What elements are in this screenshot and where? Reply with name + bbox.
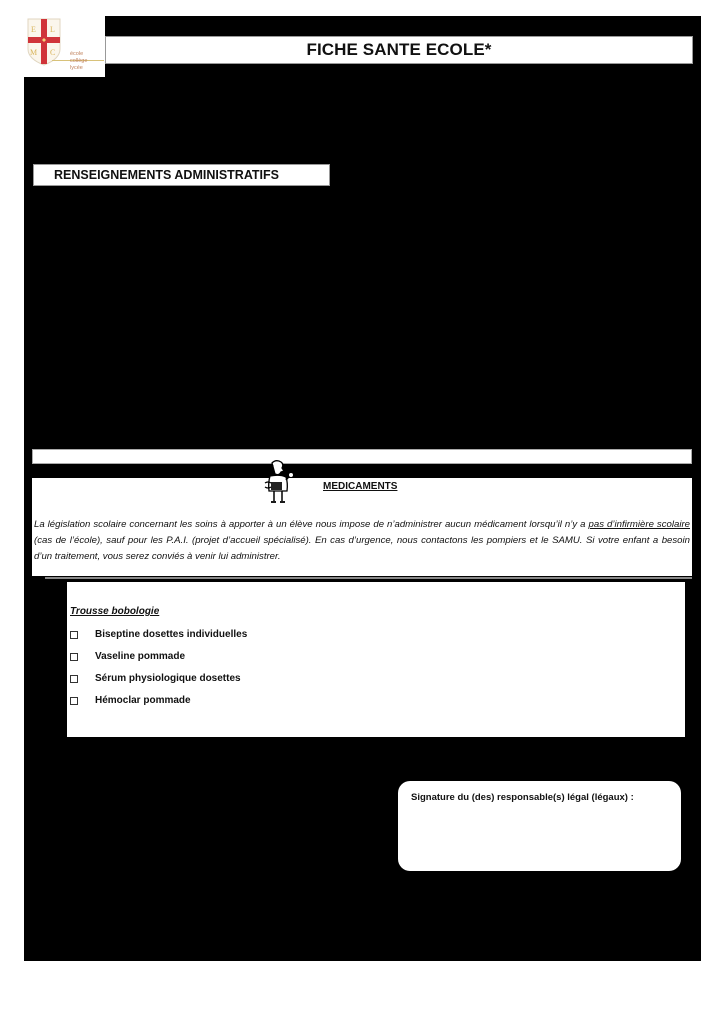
trousse-title: Trousse bobologie	[70, 606, 159, 617]
trousse-item-label: Vaseline pommade	[95, 651, 185, 662]
medicaments-text-underlined: pas d’infirmière scolaire	[589, 519, 690, 530]
svg-text:L: L	[50, 25, 55, 34]
medicaments-paragraph: La législation scolaire concernant les s…	[34, 517, 690, 565]
page-title: FICHE SANTE ECOLE*	[306, 40, 491, 60]
trousse-item-label: Sérum physiologique dosettes	[95, 673, 241, 684]
logo-line-ecole: école	[70, 51, 87, 58]
checkbox-serum[interactable]	[70, 675, 78, 683]
medicaments-title: MEDICAMENTS	[323, 481, 397, 492]
checkbox-hemoclar[interactable]	[70, 697, 78, 705]
nurse-with-syringe-icon	[262, 459, 298, 509]
trousse-item-label: Hémoclar pommade	[95, 695, 191, 706]
medicaments-text-part1: La législation scolaire concernant les s…	[34, 519, 589, 530]
logo-line-lycee: lycée	[70, 65, 87, 72]
trousse-section: Trousse bobologie Biseptine dosettes ind…	[67, 582, 685, 737]
svg-text:M: M	[30, 48, 37, 57]
divider-strip	[32, 449, 692, 464]
section-administratif-header: RENSEIGNEMENTS ADMINISTRATIFS	[33, 164, 330, 186]
logo-line-college: collège	[70, 58, 87, 65]
trousse-item[interactable]: Vaseline pommade	[70, 651, 185, 662]
svg-text:E: E	[31, 25, 36, 34]
medicaments-text-part2: (cas de l’école), sauf pour les P.A.I. (…	[34, 535, 690, 562]
trousse-item-label: Biseptine dosettes individuelles	[95, 629, 247, 640]
section-administratif-title: RENSEIGNEMENTS ADMINISTRATIFS	[54, 168, 279, 182]
page-title-bar: FICHE SANTE ECOLE*	[105, 36, 693, 64]
trousse-item[interactable]: Sérum physiologique dosettes	[70, 673, 241, 684]
signature-label: Signature du (des) responsable(s) légal …	[411, 792, 634, 803]
trousse-item[interactable]: Hémoclar pommade	[70, 695, 191, 706]
checkbox-vaseline[interactable]	[70, 653, 78, 661]
school-logo: E L M C école collège lycée	[24, 16, 105, 77]
signature-box[interactable]: Signature du (des) responsable(s) légal …	[398, 781, 681, 871]
logo-text: école collège lycée	[70, 51, 87, 72]
svg-text:C: C	[50, 48, 55, 57]
trousse-item[interactable]: Biseptine dosettes individuelles	[70, 629, 247, 640]
medicaments-divider	[45, 577, 692, 579]
checkbox-biseptine[interactable]	[70, 631, 78, 639]
